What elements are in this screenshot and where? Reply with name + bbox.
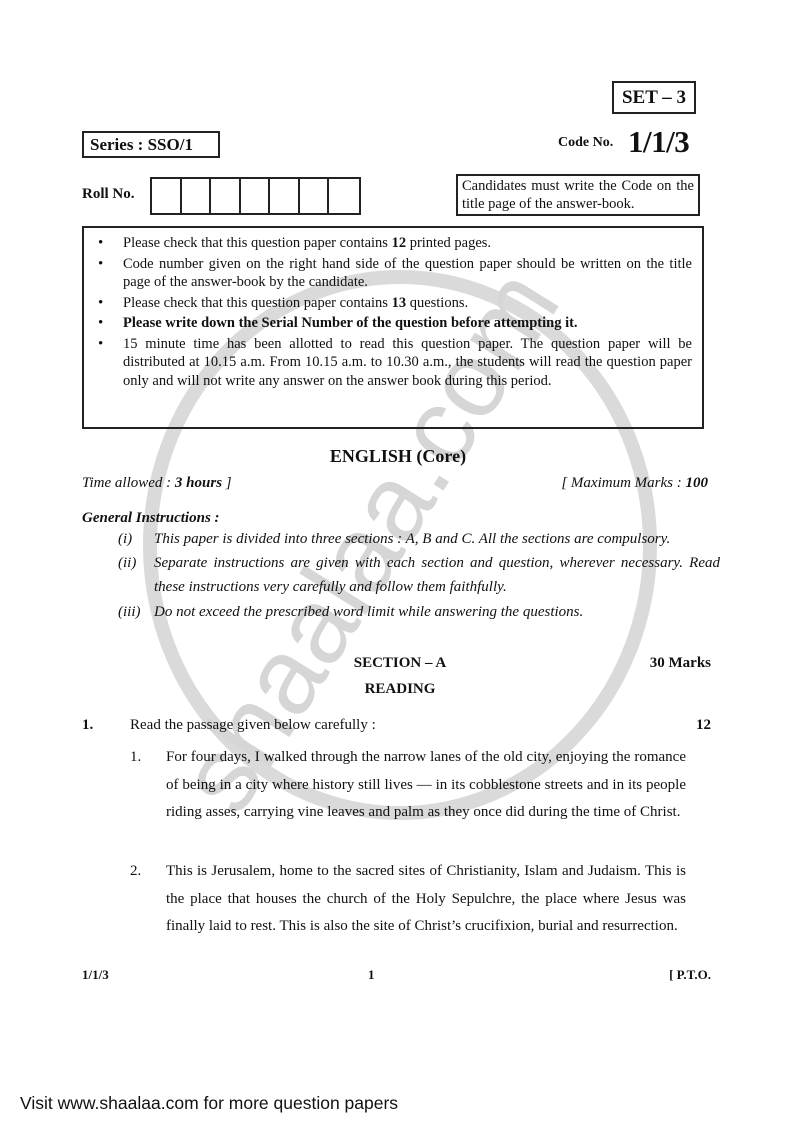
instruction-text: Do not exceed the prescribed word limit … xyxy=(154,600,720,624)
section-marks: 30 Marks xyxy=(650,655,711,672)
set-badge: SET – 3 xyxy=(612,81,696,114)
question-text: Read the passage given below carefully : xyxy=(130,717,376,734)
instruction-item: Please check that this question paper co… xyxy=(94,234,692,253)
paragraph-number: 1. xyxy=(130,744,141,772)
instruction-item: 15 minute time has been allotted to read… xyxy=(94,335,692,391)
roll-digit-box[interactable] xyxy=(182,179,212,213)
subject-title-text: ENGLISH (Core) xyxy=(330,446,466,466)
roll-label: Roll No. xyxy=(82,186,135,203)
question-marks: 12 xyxy=(696,717,711,734)
instructions-list: Please check that this question paper co… xyxy=(94,234,692,390)
maximum-marks: [ Maximum Marks : 100 xyxy=(561,475,708,492)
code-value: 1/1/3 xyxy=(628,124,689,160)
time-prefix: Time allowed : xyxy=(82,475,175,491)
instruction-item: Please check that this question paper co… xyxy=(94,294,692,313)
instruction-number: (ii) xyxy=(118,551,154,575)
general-instructions-heading: General Instructions : xyxy=(82,510,220,527)
section-subtitle: READING xyxy=(0,681,800,698)
roll-digit-box[interactable] xyxy=(241,179,271,213)
time-allowed: Time allowed : 3 hours ] xyxy=(82,475,232,492)
marks-prefix: [ Maximum Marks : xyxy=(561,475,685,491)
candidate-note: Candidates must write the Code on the ti… xyxy=(456,174,700,216)
time-value: 3 hours xyxy=(175,475,222,491)
instruction-item: Please write down the Serial Number of t… xyxy=(94,314,692,333)
roll-number-boxes[interactable] xyxy=(150,177,361,215)
set-label: SET – 3 xyxy=(622,87,686,109)
page-number: 1 xyxy=(368,967,375,983)
subject-title: ENGLISH (Core) xyxy=(0,446,800,467)
marks-value: 100 xyxy=(686,475,709,491)
paragraph-number: 2. xyxy=(130,858,141,886)
instructions-box: Please check that this question paper co… xyxy=(82,226,704,429)
series-badge: Series : SSO/1 xyxy=(82,131,220,158)
footer-code: 1/1/3 xyxy=(82,967,109,983)
paragraph-text: This is Jerusalem, home to the sacred si… xyxy=(166,858,686,941)
roll-digit-box[interactable] xyxy=(211,179,241,213)
series-label: Series : SSO/1 xyxy=(90,135,193,155)
instruction-text: This paper is divided into three section… xyxy=(154,527,720,551)
question-number: 1. xyxy=(82,717,93,734)
roll-digit-box[interactable] xyxy=(329,179,359,213)
instruction-number: (iii) xyxy=(118,600,154,624)
roll-digit-box[interactable] xyxy=(270,179,300,213)
visit-banner[interactable]: Visit www.shaalaa.com for more question … xyxy=(20,1093,398,1114)
instruction-text: Separate instructions are given with eac… xyxy=(154,551,720,599)
pto-label: [ P.T.O. xyxy=(669,967,711,983)
roll-digit-box[interactable] xyxy=(152,179,182,213)
time-suffix: ] xyxy=(222,475,232,491)
paragraph-text: For four days, I walked through the narr… xyxy=(166,744,686,827)
roll-digit-box[interactable] xyxy=(300,179,330,213)
instruction-item: Code number given on the right hand side… xyxy=(94,255,692,292)
instruction-number: (i) xyxy=(118,527,154,551)
code-label: Code No. xyxy=(558,135,613,151)
